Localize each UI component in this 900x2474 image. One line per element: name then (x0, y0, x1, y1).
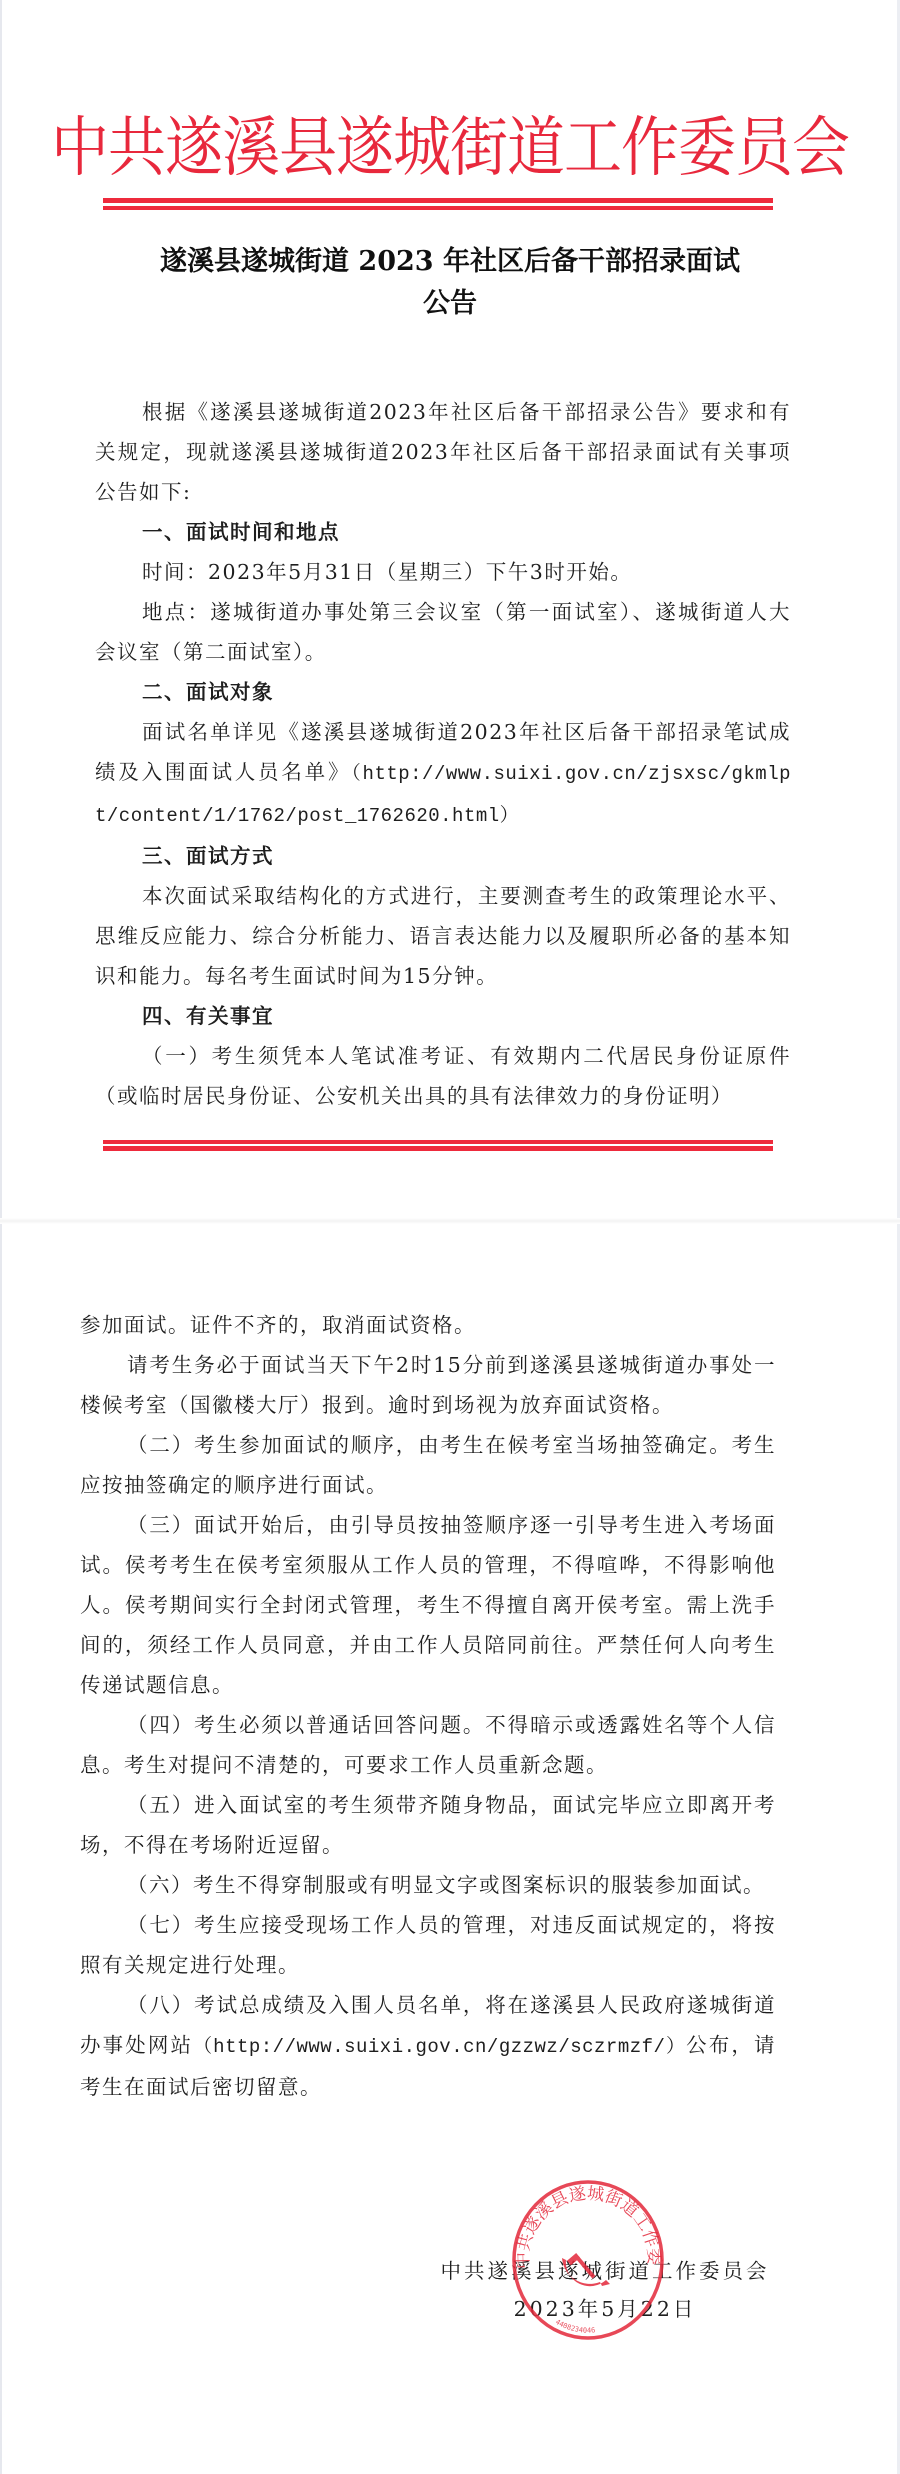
method-paragraph: 本次面试采取结构化的方式进行，主要测查考生的政策理论水平、思维反应能力、综合分析… (95, 876, 791, 996)
results-website-link[interactable]: （http://www.suixi.gov.cn/gzzwz/sczrmzf/） (193, 2036, 686, 2058)
page-break (0, 1218, 900, 1224)
item-5-paragraph: （五）进入面试室的考生须带齐随身物品，面试完毕应立即离开考场，不得在考场附近逗留… (80, 1785, 776, 1865)
item-6-paragraph: （六）考生不得穿制服或有明显文字或图案标识的服装参加面试。 (80, 1865, 776, 1905)
item-3-paragraph: （三）面试开始后，由引导员按抽签顺序逐一引导考生进入考场面试。侯考考生在侯考室须… (80, 1505, 776, 1705)
section-heading-4: 四、有关事宜 (95, 996, 791, 1036)
item-2-paragraph: （二）考生参加面试的顺序，由考生在候考室当场抽签确定。考生应按抽签确定的顺序进行… (80, 1425, 776, 1505)
intro-paragraph: 根据《遂溪县遂城街道2023年社区后备干部招录公告》要求和有关规定，现就遂溪县遂… (95, 392, 791, 512)
red-divider-thin-line (103, 1140, 773, 1144)
issuer-red-header: 中共遂溪县遂城街道工作委员会 (0, 108, 900, 186)
signature-block: 中共遂溪县遂城街道工作委员会 2023年5月22日 (440, 2252, 770, 2328)
candidates-paragraph: 面试名单详见《遂溪县遂城街道2023年社区后备干部招录笔试成绩及入围面试人员名单… (95, 712, 791, 836)
time-paragraph: 时间：2023年5月31日（星期三）下午3时开始。 (95, 552, 791, 592)
item-1-continuation: 参加面试。证件不齐的，取消面试资格。 (80, 1305, 776, 1345)
item-7-paragraph: （七）考生应接受现场工作人员的管理，对违反面试规定的，将按照有关规定进行处理。 (80, 1905, 776, 1985)
red-divider-thick-line (103, 198, 773, 203)
item-4-paragraph: （四）考生必须以普通话回答问题。不得暗示或透露姓名等个人信息。考生对提问不清楚的… (80, 1705, 776, 1785)
document-title-line2: 公告 (0, 284, 900, 324)
body-page-1: 根据《遂溪县遂城街道2023年社区后备干部招录公告》要求和有关规定，现就遂溪县遂… (95, 392, 791, 1116)
item-8-paragraph: （八）考试总成绩及入围人员名单，将在遂溪县人民政府遂城街道办事处网站（http:… (80, 1985, 776, 2107)
section-heading-3: 三、面试方式 (95, 836, 791, 876)
document-title-line1: 遂溪县遂城街道 2023 年社区后备干部招录面试 (0, 242, 900, 282)
red-divider-thin-line (103, 206, 773, 210)
location-paragraph: 地点：遂城街道办事处第三会议室（第一面试室）、遂城街道人大会议室（第二面试室）。 (95, 592, 791, 672)
red-divider-bottom (103, 1140, 773, 1153)
scan-edge-left (0, 1225, 2, 2474)
section-heading-1: 一、面试时间和地点 (95, 512, 791, 552)
report-time-paragraph: 请考生务必于面试当天下午2时15分前到遂溪县遂城街道办事处一楼候考室（国徽楼大厅… (80, 1345, 776, 1425)
signature-organization: 中共遂溪县遂城街道工作委员会 (440, 2252, 770, 2290)
section-heading-2: 二、面试对象 (95, 672, 791, 712)
signature-date: 2023年5月22日 (440, 2290, 770, 2328)
red-divider-thick-line (103, 1146, 773, 1151)
red-divider-top (103, 198, 773, 211)
item-1-paragraph: （一）考生须凭本人笔试准考证、有效期内二代居民身份证原件（或临时居民身份证、公安… (95, 1036, 791, 1116)
body-page-2: 参加面试。证件不齐的，取消面试资格。 请考生务必于面试当天下午2时15分前到遂溪… (80, 1305, 776, 2107)
document-page-1: 中共遂溪县遂城街道工作委员会 遂溪县遂城街道 2023 年社区后备干部招录面试 … (0, 0, 900, 1225)
